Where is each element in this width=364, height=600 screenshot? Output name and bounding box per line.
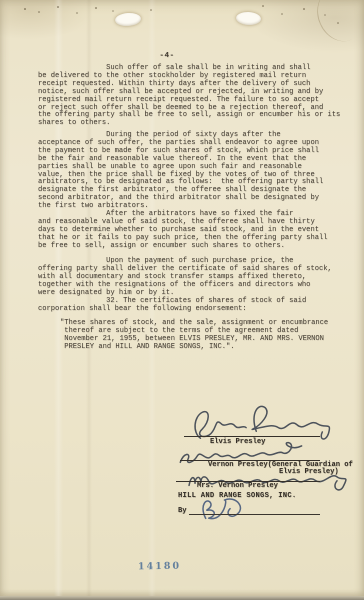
punch-hole-right [236, 11, 262, 25]
typed-name-elvis: Elvis Presley [210, 439, 265, 447]
stamp-number: 14180 [138, 561, 181, 573]
paragraph-purchase-delivery: Upon the payment of such purchase price,… [38, 258, 352, 298]
punch-hole-left [115, 12, 142, 27]
company-name: HILL AND RANGE SONGS, INC. [178, 493, 296, 501]
endorsement-quote: "These shares of stock, and the sale, as… [60, 320, 352, 352]
paper-speckles [24, 8, 26, 10]
by-label: By [178, 508, 187, 516]
paragraph-offer-delivery: Such offer of sale shall be in writing a… [38, 65, 352, 128]
typed-name-mrs-vernon: Mrs. Vernon Presley [197, 483, 278, 491]
scan-bottom-edge [0, 596, 364, 600]
scanned-document: -4- Such offer of sale shall be in writi… [0, 0, 364, 600]
paper-page: -4- Such offer of sale shall be in writi… [0, 0, 364, 596]
signature-line-by [189, 514, 320, 515]
corner-crease [309, 0, 364, 49]
clause-32-heading: 32. The certificates of shares of stock … [38, 298, 352, 314]
paragraph-arbitrators-valuation: After the arbitrators have so fixed the … [38, 211, 352, 251]
typed-name-vernon-line2: Elvis Presley) [279, 469, 339, 477]
page-number: -4- [150, 52, 184, 60]
paragraph-price-agreement: During the period of sixty days after th… [38, 132, 352, 211]
